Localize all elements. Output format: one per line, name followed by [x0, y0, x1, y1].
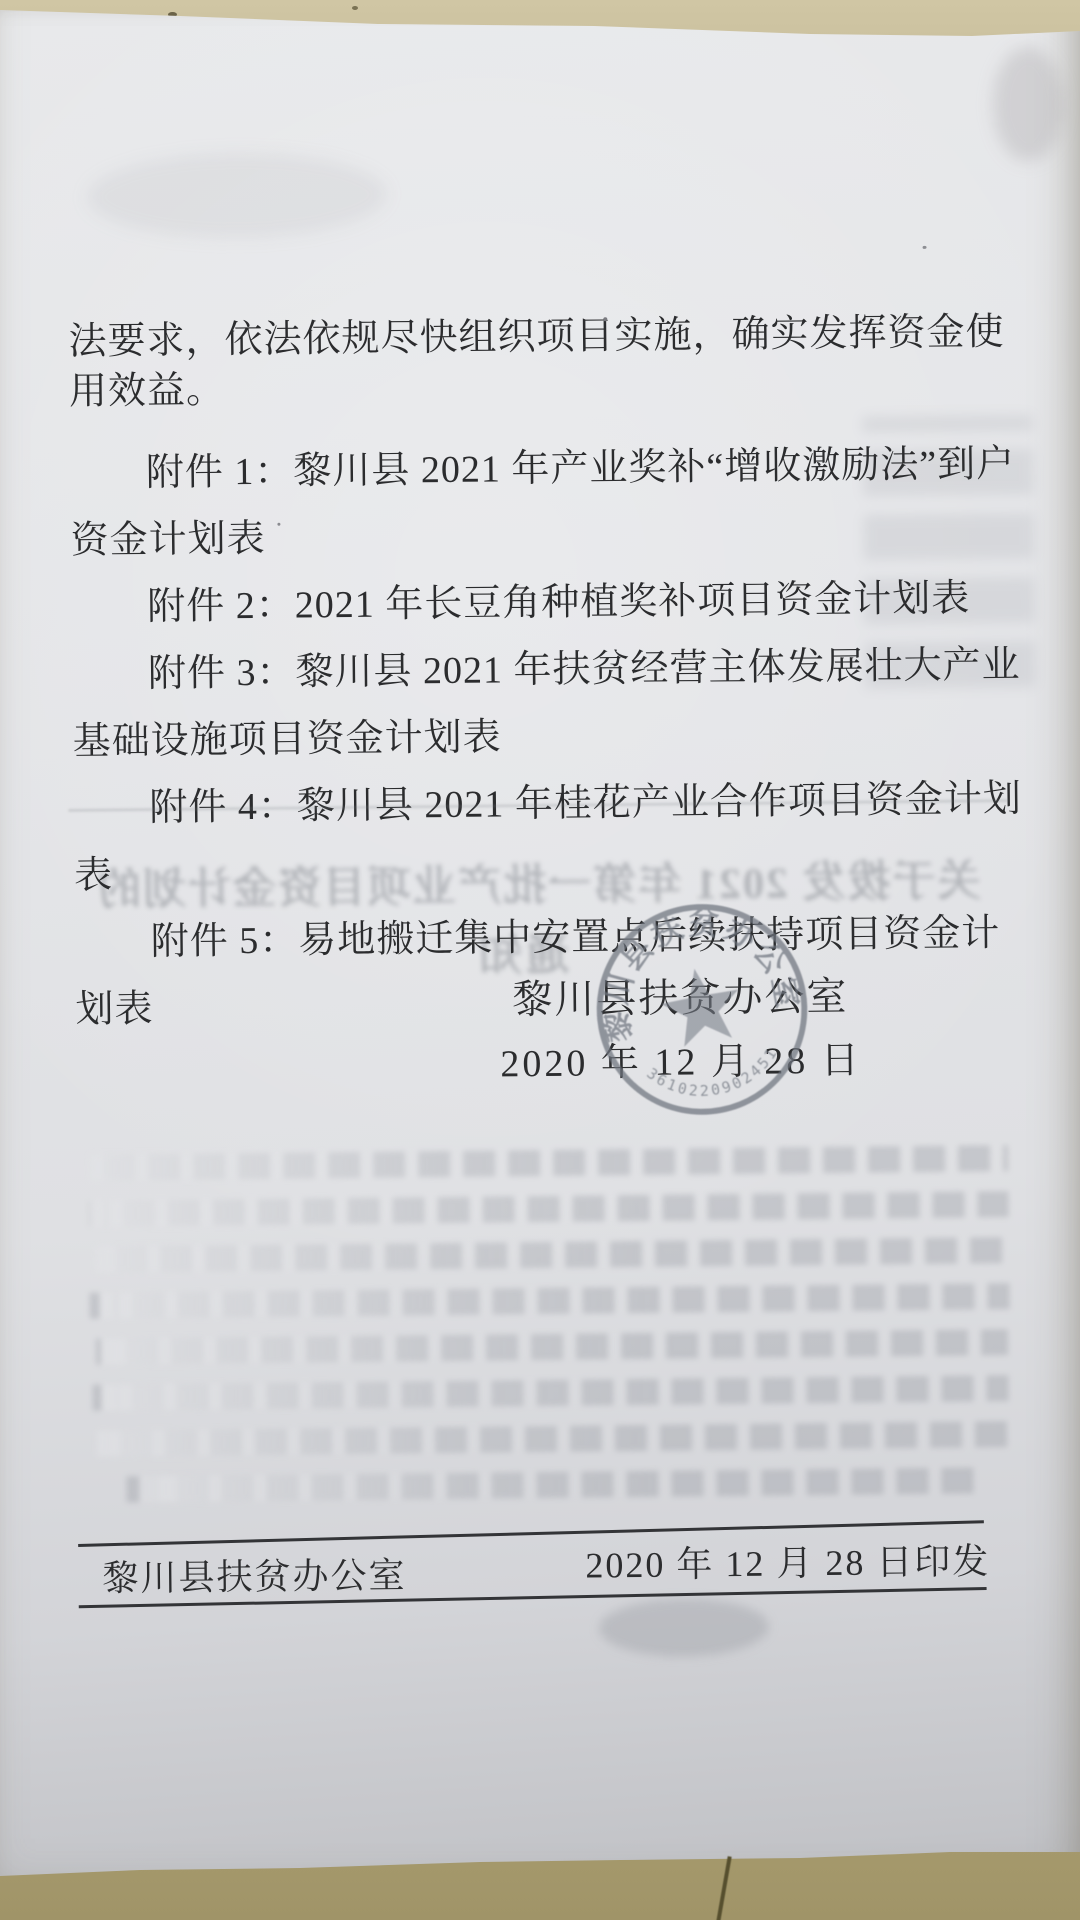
photo-of-document: { "photo": { "desk_color": "#b2a67c", "p… — [0, 0, 1080, 1920]
paper-speck — [277, 523, 280, 526]
bleedthrough-text-line — [125, 1467, 985, 1502]
paper-smudge — [599, 1598, 770, 1658]
paper-speck — [603, 317, 607, 321]
bleedthrough-text-line — [95, 1421, 1009, 1457]
seal-serial: 3610220902451 — [641, 1041, 788, 1111]
bleedthrough-text-line — [90, 1145, 1008, 1181]
document-content: 关于拨发 2021 年第一批产业项目资金计划的 通知 法要求，依法依规尽快组织项… — [0, 0, 1080, 1920]
footer-issuer: 黎川县扶贫办公室 — [102, 1547, 407, 1601]
attachment-item-3: 附件 3：黎川县 2021 年扶贫经营主体发展壮大产业基础设施项目资金计划表 — [72, 632, 1028, 776]
body-paragraph: 法要求，依法依规尽快组织项目实施，确实发挥资金使用效益。 — [68, 307, 1029, 417]
official-seal: 黎川县扶贫办公室 3610220902451 — [563, 870, 842, 1156]
bleedthrough-text-line — [89, 1283, 1009, 1319]
attachment-list: 附件 1：黎川县 2021 年产业奖补“增收激励法”到户资金计划表 附件 2：2… — [70, 431, 1031, 1044]
attachment-item-4: 附件 4：黎川县 2021 年桂花产业合作项目资金计划表 — [73, 766, 1029, 910]
attachment-item-1: 附件 1：黎川县 2021 年产业奖补“增收激励法”到户资金计划表 — [70, 431, 1026, 575]
bleedthrough-text-line — [88, 1191, 1008, 1227]
paper-smudge — [87, 152, 388, 240]
footer-print-date: 2020 年 12 月 28 日印发 — [585, 1533, 991, 1588]
paper-speck — [923, 246, 927, 249]
seal-star-icon — [656, 962, 747, 1050]
bleedthrough-text-line — [93, 1237, 1007, 1273]
paper-smudge — [992, 46, 1063, 162]
bleedthrough-text-line — [96, 1329, 1008, 1365]
bleedthrough-text-line — [92, 1375, 1008, 1411]
attachment-item-2: 附件 2：2021 年长豆角种植奖补项目资金计划表 — [71, 565, 1027, 642]
